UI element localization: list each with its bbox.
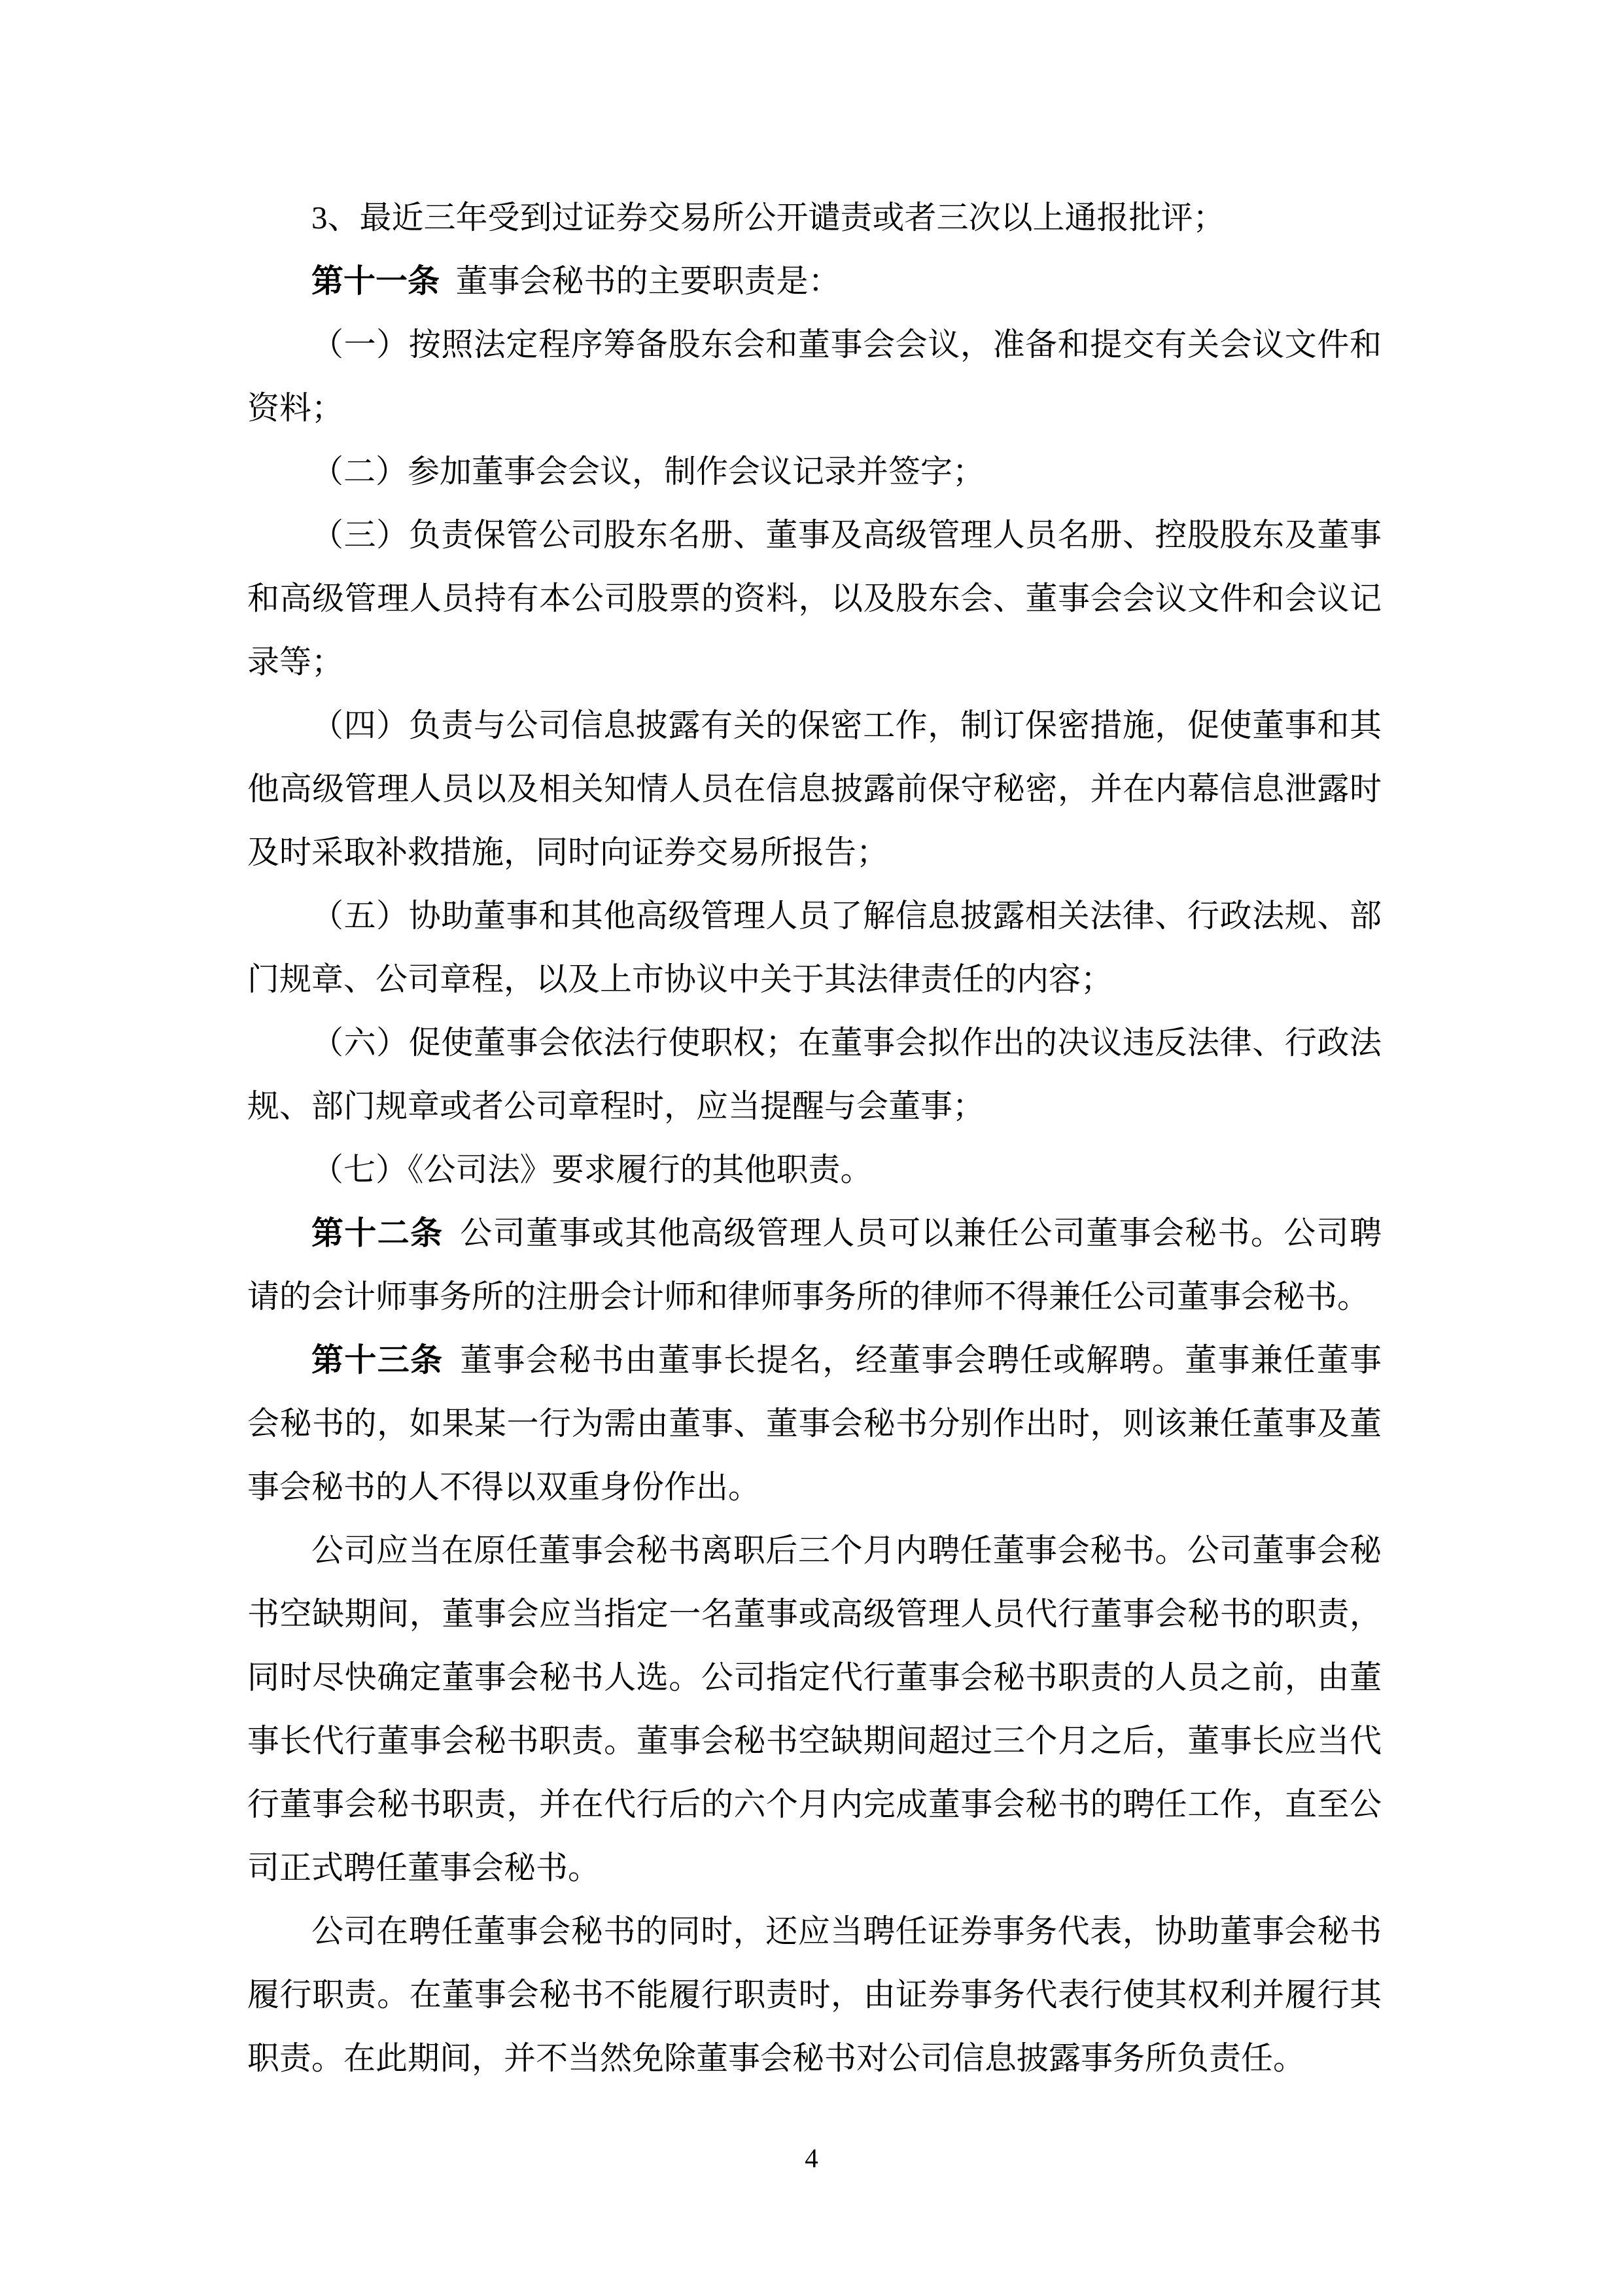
paragraph: （六）促使董事会依法行使职权；在董事会拟作出的决议违反法律、行政法规、部门规章或… <box>247 1011 1382 1138</box>
paragraph: 第十二条 公司董事或其他高级管理人员可以兼任公司董事会秘书。公司聘请的会计师事务… <box>247 1201 1382 1328</box>
paragraph: 3、最近三年受到过证券交易所公开谴责或者三次以上通报批评； <box>247 186 1382 249</box>
document-body: 3、最近三年受到过证券交易所公开谴责或者三次以上通报批评；第十一条 董事会秘书的… <box>247 186 1382 2090</box>
paragraph: 第十一条 董事会秘书的主要职责是： <box>247 249 1382 313</box>
paragraph: （四）负责与公司信息披露有关的保密工作，制订保密措施，促使董事和其他高级管理人员… <box>247 694 1382 884</box>
article-number: 第十一条 <box>311 263 440 299</box>
paragraph: （五）协助董事和其他高级管理人员了解信息披露相关法律、行政法规、部门规章、公司章… <box>247 884 1382 1011</box>
paragraph: （七）《公司法》要求履行的其他职责。 <box>247 1138 1382 1201</box>
paragraph: （二）参加董事会会议，制作会议记录并签字； <box>247 440 1382 503</box>
paragraph: 公司在聘任董事会秘书的同时，还应当聘任证券事务代表，协助董事会秘书履行职责。在董… <box>247 1899 1382 2090</box>
paragraph: （一）按照法定程序筹备股东会和董事会会议，准备和提交有关会议文件和资料； <box>247 313 1382 440</box>
paragraph: 公司应当在原任董事会秘书离职后三个月内聘任董事会秘书。公司董事会秘书空缺期间，董… <box>247 1519 1382 1899</box>
page-number: 4 <box>0 2138 1623 2178</box>
article-number: 第十二条 <box>311 1215 443 1251</box>
document-page: 3、最近三年受到过证券交易所公开谴责或者三次以上通报批评；第十一条 董事会秘书的… <box>0 0 1623 2296</box>
article-number: 第十三条 <box>311 1342 443 1378</box>
paragraph: 第十三条 董事会秘书由董事长提名，经董事会聘任或解聘。董事兼任董事会秘书的，如果… <box>247 1328 1382 1519</box>
paragraph: （三）负责保管公司股东名册、董事及高级管理人员名册、控股股东及董事和高级管理人员… <box>247 503 1382 694</box>
